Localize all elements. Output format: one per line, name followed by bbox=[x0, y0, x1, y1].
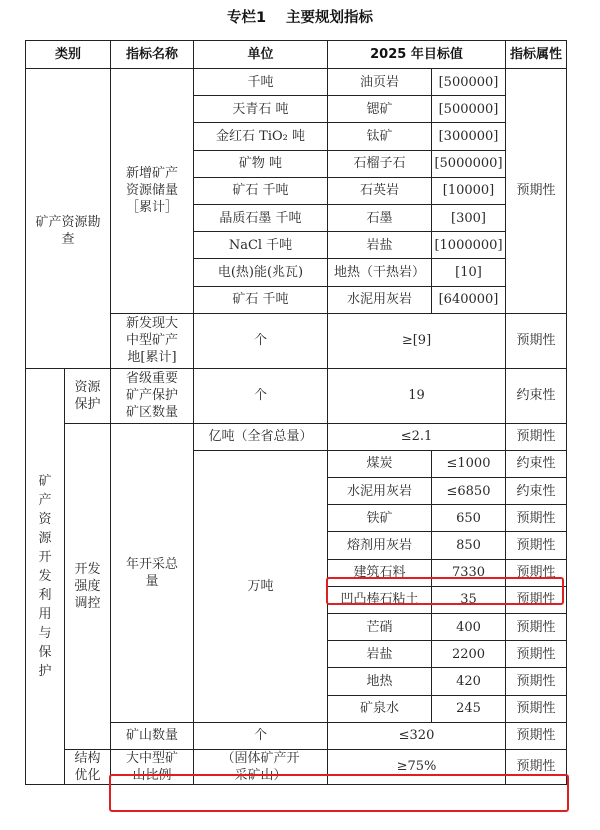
unit-cell: 矿石 千吨 bbox=[194, 177, 328, 204]
unit-cell: 个 bbox=[194, 313, 328, 368]
attribute-cell: 约束性 bbox=[506, 368, 567, 423]
attribute-cell: 预期性 bbox=[506, 749, 567, 784]
attribute-cell: 预期性 bbox=[506, 586, 567, 613]
sub-label: 资源保护 bbox=[73, 379, 103, 413]
sub-label: 结构优化 bbox=[73, 750, 103, 784]
unit-cell: 亿吨（全省总量） bbox=[194, 423, 328, 450]
value-cell: [10000] bbox=[432, 177, 506, 204]
attribute-cell: 预期性 bbox=[506, 505, 567, 532]
attribute-cell: 预期性 bbox=[506, 695, 567, 722]
value-cell: 650 bbox=[432, 505, 506, 532]
value-cell: [500000] bbox=[432, 69, 506, 96]
value-cell: 19 bbox=[328, 368, 506, 423]
value-cell: ≤1000 bbox=[432, 450, 506, 477]
mineral-cell: 石墨 bbox=[328, 204, 432, 231]
value-cell: 850 bbox=[432, 532, 506, 559]
value-cell: [640000] bbox=[432, 286, 506, 313]
unit-cell: 晶质石墨 千吨 bbox=[194, 204, 328, 231]
value-cell: ≤2.1 bbox=[328, 423, 506, 450]
unit-label: （固体矿产开采矿山） bbox=[216, 750, 306, 784]
header-unit: 单位 bbox=[194, 41, 328, 69]
attribute-cell: 约束性 bbox=[506, 478, 567, 505]
title-label: 专栏1 bbox=[227, 10, 266, 26]
indicator-protected-areas: 省级重要矿产保护矿区数量 bbox=[111, 368, 194, 423]
category-label: 矿产资源开发利用与保护 bbox=[38, 472, 52, 681]
value-cell: 7330 bbox=[432, 559, 506, 586]
mineral-cell: 煤炭 bbox=[328, 450, 432, 477]
value-cell: [10] bbox=[432, 259, 506, 286]
value-cell: ≤6850 bbox=[432, 478, 506, 505]
header-target: 2025 年目标值 bbox=[328, 41, 506, 69]
header-indicator: 指标名称 bbox=[111, 41, 194, 69]
attribute-cell: 约束性 bbox=[506, 450, 567, 477]
value-cell: [300] bbox=[432, 204, 506, 231]
unit-cell: （固体矿产开采矿山） bbox=[194, 749, 328, 784]
sub-label: 开发强度调控 bbox=[73, 561, 103, 612]
sub-resource-protection: 资源保护 bbox=[65, 368, 111, 423]
mineral-cell: 熔剂用灰岩 bbox=[328, 532, 432, 559]
mineral-cell: 石榴子石 bbox=[328, 150, 432, 177]
unit-cell: 天青石 吨 bbox=[194, 96, 328, 123]
value-cell: ≤320 bbox=[328, 722, 506, 749]
mineral-cell: 地热（干热岩） bbox=[328, 259, 432, 286]
unit-cell: 个 bbox=[194, 722, 328, 749]
indicator-annual-mining: 年开采总量 bbox=[111, 423, 194, 722]
attribute-cell: 预期性 bbox=[506, 614, 567, 641]
header-attribute: 指标属性 bbox=[506, 41, 567, 69]
indicator-label: 新发现大中型矿产地[累计] bbox=[122, 315, 182, 366]
unit-cell: 电(热)能(兆瓦) bbox=[194, 259, 328, 286]
mineral-cell: 石英岩 bbox=[328, 177, 432, 204]
header-row: 类别 指标名称 单位 2025 年目标值 指标属性 bbox=[26, 41, 567, 69]
mineral-cell: 岩盐 bbox=[328, 641, 432, 668]
indicator-label: 年开采总量 bbox=[124, 556, 180, 590]
attribute-cell: 预期性 bbox=[506, 722, 567, 749]
category-exploration: 矿产资源勘查 bbox=[26, 69, 111, 369]
indicator-label: 新增矿产资源储量［累计］ bbox=[122, 165, 182, 216]
value-cell: ≥[9] bbox=[328, 313, 506, 368]
attribute-cell: 预期性 bbox=[506, 641, 567, 668]
mineral-cell: 水泥用灰岩 bbox=[328, 286, 432, 313]
indicator-large-mine-ratio: 大中型矿山比例 bbox=[111, 749, 194, 784]
table-title: 专栏1主要规划指标 bbox=[0, 6, 600, 27]
attribute-cell: 预期性 bbox=[506, 313, 567, 368]
indicator-new-reserves: 新增矿产资源储量［累计］ bbox=[111, 69, 194, 314]
mineral-cell: 岩盐 bbox=[328, 232, 432, 259]
table-row-total: 开发强度调控 年开采总量 亿吨（全省总量） ≤2.1 预期性 bbox=[26, 423, 567, 450]
planning-indicators-table: 类别 指标名称 单位 2025 年目标值 指标属性 矿产资源勘查 新增矿产资源储… bbox=[25, 40, 567, 785]
indicator-label: 省级重要矿产保护矿区数量 bbox=[122, 370, 182, 421]
mineral-cell: 建筑石料 bbox=[328, 559, 432, 586]
sub-structure: 结构优化 bbox=[65, 749, 111, 784]
value-cell: 400 bbox=[432, 614, 506, 641]
sub-dev-control: 开发强度调控 bbox=[65, 423, 111, 749]
unit-cell: NaCl 千吨 bbox=[194, 232, 328, 259]
unit-cell: 万吨 bbox=[194, 450, 328, 722]
mineral-cell: 芒硝 bbox=[328, 614, 432, 641]
attribute-cell: 预期性 bbox=[506, 423, 567, 450]
value-cell: 35 bbox=[432, 586, 506, 613]
category-development: 矿产资源开发利用与保护 bbox=[26, 368, 65, 784]
value-cell: [5000000] bbox=[432, 150, 506, 177]
unit-cell: 个 bbox=[194, 368, 328, 423]
category-label: 矿产资源勘查 bbox=[33, 188, 103, 248]
mineral-cell: 地热 bbox=[328, 668, 432, 695]
mineral-cell: 凹凸棒石粘土 bbox=[328, 586, 432, 613]
value-cell: [1000000] bbox=[432, 232, 506, 259]
header-category: 类别 bbox=[26, 41, 111, 69]
title-text: 主要规划指标 bbox=[286, 10, 373, 26]
table-row-resource-protection: 矿产资源开发利用与保护 资源保护 省级重要矿产保护矿区数量 个 19 约束性 bbox=[26, 368, 567, 423]
attribute-cell: 预期性 bbox=[506, 69, 567, 314]
indicator-label: 大中型矿山比例 bbox=[122, 750, 182, 784]
unit-cell: 矿石 千吨 bbox=[194, 286, 328, 313]
mineral-cell: 钛矿 bbox=[328, 123, 432, 150]
unit-cell: 千吨 bbox=[194, 69, 328, 96]
value-cell: 2200 bbox=[432, 641, 506, 668]
mineral-cell: 铁矿 bbox=[328, 505, 432, 532]
mineral-cell: 锶矿 bbox=[328, 96, 432, 123]
attribute-cell: 预期性 bbox=[506, 668, 567, 695]
table-row-structure: 结构优化 大中型矿山比例 （固体矿产开采矿山） ≥75% 预期性 bbox=[26, 749, 567, 784]
value-cell: [300000] bbox=[432, 123, 506, 150]
unit-cell: 金红石 TiO₂ 吨 bbox=[194, 123, 328, 150]
attribute-cell: 预期性 bbox=[506, 559, 567, 586]
value-cell: [500000] bbox=[432, 96, 506, 123]
mineral-cell: 水泥用灰岩 bbox=[328, 478, 432, 505]
attribute-cell: 预期性 bbox=[506, 532, 567, 559]
indicator-new-discovery: 新发现大中型矿产地[累计] bbox=[111, 313, 194, 368]
unit-cell: 矿物 吨 bbox=[194, 150, 328, 177]
value-cell: 420 bbox=[432, 668, 506, 695]
value-cell: ≥75% bbox=[328, 749, 506, 784]
mineral-cell: 油页岩 bbox=[328, 69, 432, 96]
indicator-cell: 矿山数量 bbox=[111, 722, 194, 749]
table-row: 矿产资源勘查 新增矿产资源储量［累计］ 千吨 油页岩 [500000] 预期性 bbox=[26, 69, 567, 96]
mineral-cell: 矿泉水 bbox=[328, 695, 432, 722]
value-cell: 245 bbox=[432, 695, 506, 722]
